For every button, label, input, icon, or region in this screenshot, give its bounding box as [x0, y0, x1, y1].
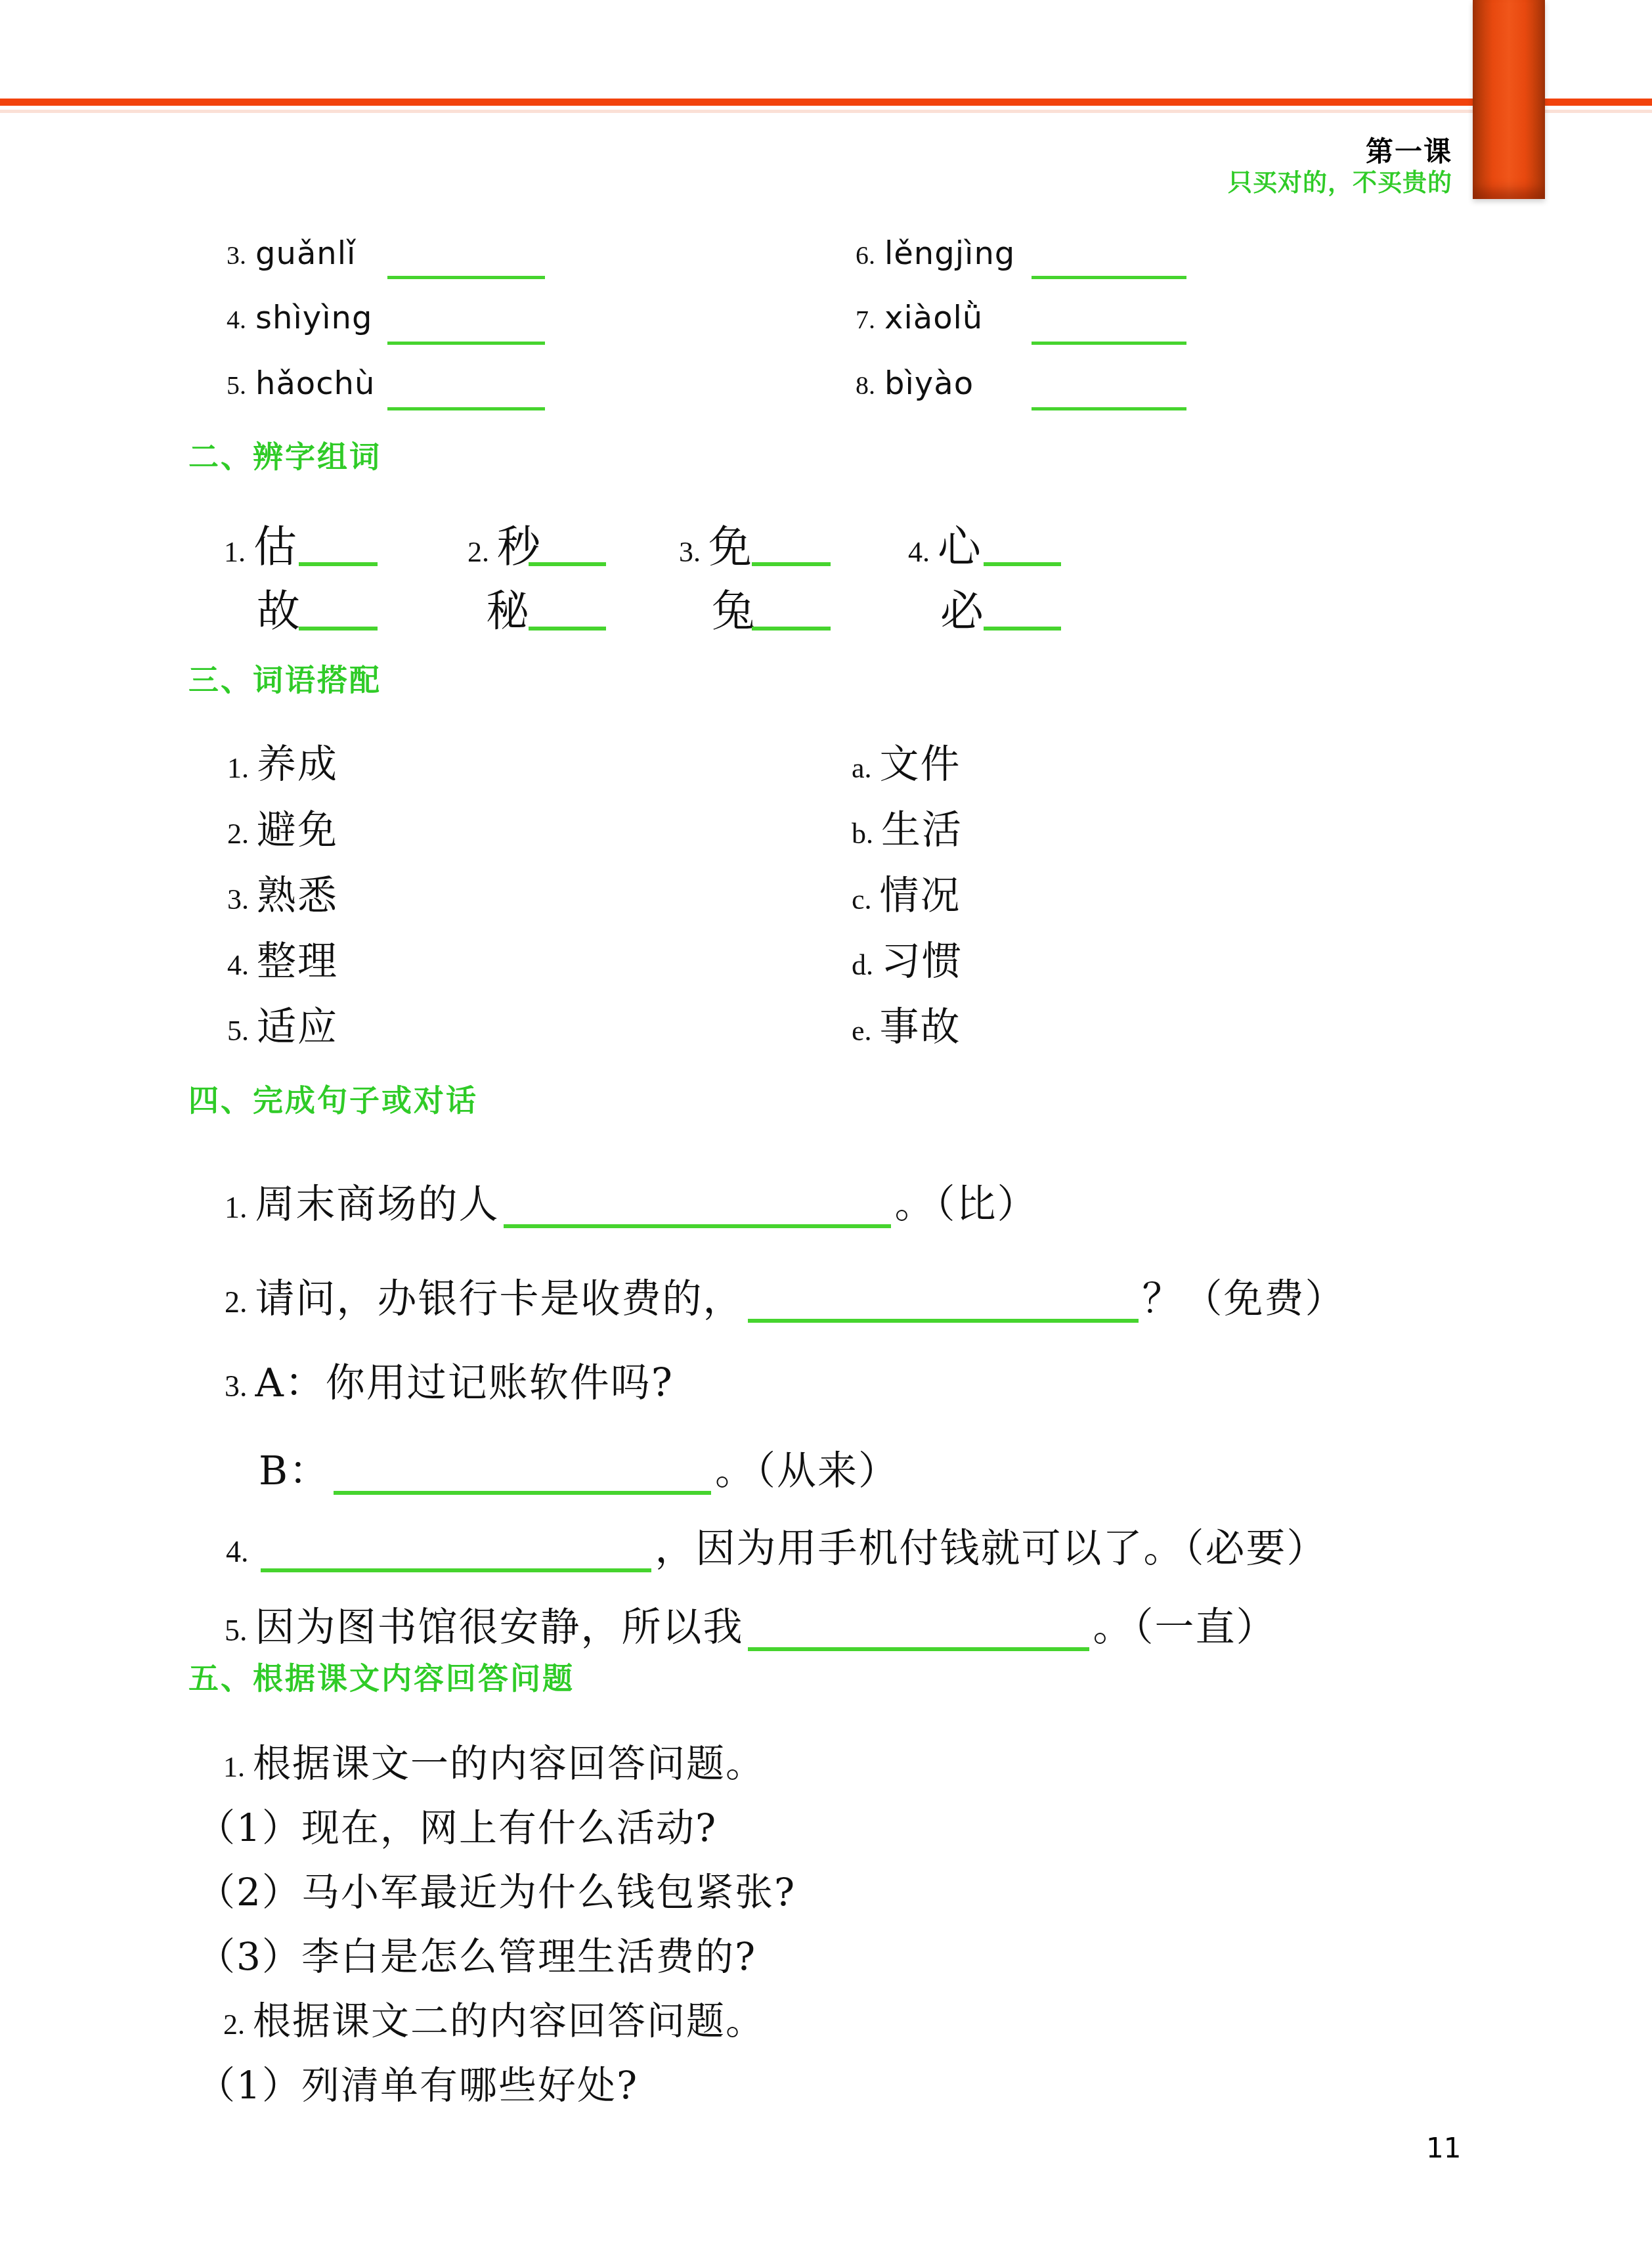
char-pair-3-top: 3.免 [679, 522, 752, 572]
answer-blank[interactable] [387, 276, 545, 279]
char-pair-4-top: 4.心 [908, 522, 981, 572]
match-word: 生活 [881, 807, 963, 853]
sentence-item-2: 2.请问，办银行卡是收费的，？（免费） [225, 1275, 1346, 1322]
dialog-b-prefix: B： [259, 1448, 330, 1494]
dialog-item-3-line-b: B：。（从来） [259, 1448, 899, 1494]
question-text: （2）马小军最近为什么钱包紧张? [197, 1870, 796, 1915]
match-word: 整理 [257, 939, 338, 985]
answer-blank[interactable] [261, 1536, 651, 1572]
item-letter: a. [852, 752, 872, 784]
pinyin-item-6: 6.lěngjìng [856, 235, 1015, 272]
character: 兔 [712, 586, 755, 636]
lesson-title: 第一课 [1116, 138, 1452, 166]
section5-title: 五、根据课文内容回答问题 [188, 1663, 575, 1693]
answer-blank[interactable] [529, 627, 606, 631]
item-number: 5. [227, 1015, 249, 1047]
item-number: 5. [227, 370, 246, 400]
question-text: 根据课文二的内容回答问题。 [253, 1999, 765, 2043]
item-number: 3. [227, 883, 249, 916]
answer-blank[interactable] [504, 1191, 891, 1228]
header-rule-shadow [0, 110, 1652, 113]
question-line-3: （2）马小军最近为什么钱包紧张? [197, 1871, 796, 1915]
question-line-5: 2.根据课文二的内容回答问题。 [223, 1999, 765, 2043]
match-left-1[interactable]: 1.养成 [227, 742, 338, 787]
sentence-before: 周末商场的人 [255, 1182, 500, 1228]
answer-blank[interactable] [1032, 342, 1186, 345]
char-pair-1-bottom: 故 [257, 587, 300, 636]
character: 心 [938, 521, 981, 572]
match-right-d[interactable]: d.习惯 [852, 939, 963, 985]
item-number: 5. [225, 1614, 248, 1647]
question-line-1: 1.根据课文一的内容回答问题。 [223, 1742, 765, 1786]
dialog-b-after: 。（从来） [715, 1448, 899, 1494]
item-number: 7. [856, 305, 875, 334]
item-number: 4. [227, 305, 246, 334]
sentence-item-1: 1.周末商场的人。（比） [225, 1181, 1038, 1228]
answer-blank[interactable] [1032, 407, 1186, 410]
item-number: 2. [223, 2008, 245, 2041]
question-text: （1）现在，网上有什么活动? [197, 1805, 717, 1850]
pinyin-item-7: 7.xiàolǜ [856, 299, 983, 336]
answer-blank[interactable] [299, 627, 378, 631]
section3-title: 三、词语搭配 [188, 665, 381, 695]
pinyin-word: bìyào [884, 365, 974, 402]
question-text: （3）李白是怎么管理生活费的? [197, 1934, 756, 1979]
answer-blank[interactable] [387, 407, 545, 410]
match-left-2[interactable]: 2.避免 [227, 808, 338, 853]
workbook-page: 第一课 只买对的，不买贵的 3.guǎnlǐ 4.shìyìng 5.hǎoch… [0, 0, 1652, 2258]
lesson-subtitle: 只买对的，不买贵的 [1116, 171, 1452, 195]
match-word: 文件 [880, 742, 961, 787]
character: 估 [253, 521, 297, 572]
item-letter: d. [852, 949, 873, 981]
question-text: 根据课文一的内容回答问题。 [253, 1741, 765, 1786]
item-number: 6. [856, 240, 875, 270]
match-word: 事故 [880, 1004, 961, 1050]
pinyin-item-4: 4.shìyìng [227, 299, 372, 336]
match-word: 适应 [257, 1004, 338, 1050]
answer-blank[interactable] [748, 1286, 1139, 1323]
pinyin-item-5: 5.hǎochù [227, 365, 375, 402]
match-left-5[interactable]: 5.适应 [227, 1005, 338, 1050]
character: 故 [257, 586, 300, 636]
item-letter: c. [852, 883, 872, 916]
pinyin-word: shìyìng [255, 299, 372, 336]
answer-blank[interactable] [529, 562, 606, 566]
match-right-b[interactable]: b.生活 [852, 808, 963, 853]
answer-blank[interactable] [752, 562, 831, 566]
item-number: 1. [223, 1751, 245, 1783]
dialog-item-3-line-a: 3.A：你用过记账软件吗? [225, 1361, 674, 1406]
sentence-after: ？（免费） [1142, 1276, 1346, 1322]
answer-blank[interactable] [299, 562, 378, 566]
question-line-2: （1）现在，网上有什么活动? [197, 1806, 717, 1850]
match-word: 习惯 [881, 939, 963, 985]
match-right-a[interactable]: a.文件 [852, 742, 961, 787]
char-pair-4-bottom: 必 [940, 587, 984, 636]
item-number: 4. [908, 536, 930, 568]
item-number: 3. [227, 240, 246, 270]
character: 必 [940, 586, 984, 636]
pinyin-word: guǎnlǐ [255, 235, 356, 272]
dialog-line-a: A：你用过记账软件吗? [255, 1360, 674, 1406]
item-number: 3. [679, 536, 701, 568]
answer-blank[interactable] [1032, 276, 1186, 279]
pinyin-word: xiàolǜ [884, 299, 983, 336]
item-number: 4. [227, 949, 249, 981]
question-line-6: （1）列清单有哪些好处? [197, 2064, 638, 2108]
match-right-e[interactable]: e.事故 [852, 1005, 961, 1050]
answer-blank[interactable] [334, 1458, 711, 1495]
answer-blank[interactable] [748, 1614, 1089, 1651]
header-rule [0, 99, 1652, 106]
character: 秘 [486, 586, 529, 636]
item-number: 2. [227, 818, 249, 850]
page-number: 11 [1426, 2132, 1461, 2164]
item-letter: b. [852, 818, 873, 850]
match-word: 情况 [880, 873, 961, 919]
section2-title: 二、辨字组词 [188, 441, 381, 472]
sentence-after: ，因为用手机付钱就可以了。（必要） [655, 1526, 1328, 1572]
sentence-item-5: 5.因为图书馆很安静，所以我。（一直） [225, 1604, 1277, 1650]
item-number: 1. [225, 1191, 248, 1224]
section4-title: 四、完成句子或对话 [188, 1085, 478, 1115]
item-number: 3. [225, 1369, 248, 1403]
sentence-before: 因为图书馆很安静，所以我 [255, 1605, 744, 1650]
character: 免 [708, 521, 752, 572]
answer-blank[interactable] [984, 627, 1061, 631]
sentence-after: 。（比） [895, 1182, 1038, 1228]
sentence-before: 请问，办银行卡是收费的， [255, 1276, 744, 1322]
match-right-c[interactable]: c.情况 [852, 874, 961, 919]
pinyin-word: lěngjìng [884, 235, 1015, 272]
pinyin-item-3: 3.guǎnlǐ [227, 235, 356, 272]
item-number: 4. [226, 1535, 249, 1568]
item-number: 8. [856, 370, 875, 400]
match-left-4[interactable]: 4.整理 [227, 939, 338, 985]
pinyin-word: hǎochù [255, 365, 375, 402]
item-number: 2. [225, 1285, 248, 1319]
item-number: 2. [467, 536, 489, 568]
answer-blank[interactable] [387, 342, 545, 345]
char-pair-2-bottom: 秘 [486, 587, 529, 636]
answer-blank[interactable] [984, 562, 1061, 566]
match-left-3[interactable]: 3.熟悉 [227, 874, 338, 919]
item-number: 1. [224, 536, 246, 568]
lesson-tab-bar [1473, 0, 1545, 199]
question-line-4: （3）李白是怎么管理生活费的? [197, 1935, 756, 1979]
sentence-item-4: 4.，因为用手机付钱就可以了。（必要） [226, 1525, 1328, 1572]
question-text: （1）列清单有哪些好处? [197, 2063, 638, 2108]
item-letter: e. [852, 1015, 872, 1047]
char-pair-3-bottom: 兔 [712, 587, 755, 636]
match-word: 避免 [257, 807, 338, 853]
answer-blank[interactable] [752, 627, 831, 631]
pinyin-item-8: 8.bìyào [856, 365, 974, 402]
match-word: 熟悉 [257, 873, 338, 919]
item-number: 1. [227, 752, 249, 784]
sentence-after: 。（一直） [1093, 1605, 1277, 1650]
char-pair-1-top: 1.估 [224, 522, 297, 572]
match-word: 养成 [257, 742, 338, 787]
